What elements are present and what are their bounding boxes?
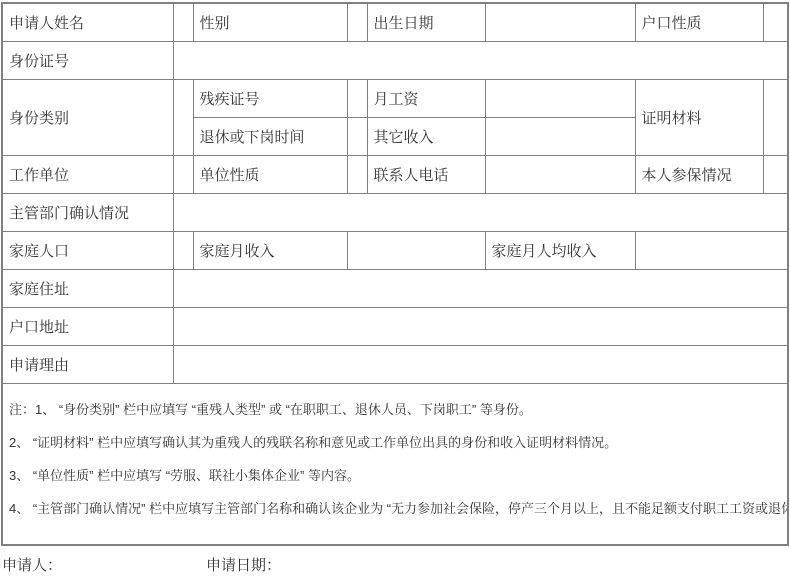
contact-phone-value-cell: [485, 155, 635, 193]
applicant-name-value-cell: [173, 3, 193, 41]
table-row: 申请人姓名 性别 出生日期 户口性质: [2, 3, 788, 41]
supervisor-confirmation-value-cell: [173, 193, 788, 231]
label-hukou-address: 户口地址: [2, 307, 173, 345]
proof-materials-value-cell: [763, 79, 788, 155]
note-1: 注：1、 “身份类别” 栏中应填写 “重残人类型” 或 “在职职工、退休人员、下…: [9, 398, 783, 422]
family-monthly-income-value-cell: [347, 231, 485, 269]
label-unit-nature: 单位性质: [193, 155, 347, 193]
label-disability-cert-no: 残疾证号: [193, 79, 347, 117]
label-family-monthly-income-per-capita: 家庭月人均收入: [485, 231, 635, 269]
label-gender: 性别: [193, 3, 347, 41]
label-hukou-type: 户口性质: [635, 3, 763, 41]
label-work-unit: 工作单位: [2, 155, 173, 193]
table-row: 主管部门确认情况: [2, 193, 788, 231]
disability-cert-no-value-cell: [347, 79, 367, 117]
label-application-reason: 申请理由: [2, 345, 173, 383]
unit-nature-value-cell: [347, 155, 367, 193]
application-form-table: 申请人姓名 性别 出生日期 户口性质 身份证号 身份类别 残疾证号 月工资 证明…: [1, 2, 789, 546]
label-self-insurance-status: 本人参保情况: [635, 155, 763, 193]
application-date-label: 申请日期：: [206, 554, 281, 575]
table-row: 身份类别 残疾证号 月工资 证明材料: [2, 79, 788, 117]
label-id-number: 身份证号: [2, 41, 173, 79]
family-size-value-cell: [173, 231, 193, 269]
notes-cell: 注：1、 “身份类别” 栏中应填写 “重残人类型” 或 “在职职工、退休人员、下…: [2, 383, 788, 545]
label-family-size: 家庭人口: [2, 231, 173, 269]
other-income-value-cell: [485, 117, 635, 155]
table-row: 家庭人口 家庭月收入 家庭月人均收入: [2, 231, 788, 269]
table-row: 家庭住址: [2, 269, 788, 307]
table-row: 身份证号: [2, 41, 788, 79]
retire-or-layoff-time-value-cell: [347, 117, 367, 155]
label-monthly-wage: 月工资: [367, 79, 485, 117]
note-2: 2、 “证明材料” 栏中应填写确认其为重残人的残联名称和意见或工作单位出具的身份…: [9, 431, 783, 455]
label-identity-category: 身份类别: [2, 79, 173, 155]
id-number-value-cell: [173, 41, 788, 79]
signature-footer: 申请人： 申请日期：: [0, 554, 790, 578]
label-family-monthly-income: 家庭月收入: [193, 231, 347, 269]
label-supervisor-confirmation: 主管部门确认情况: [2, 193, 173, 231]
monthly-wage-value-cell: [485, 79, 635, 117]
work-unit-value-cell: [173, 155, 193, 193]
label-home-address: 家庭住址: [2, 269, 173, 307]
table-row: 申请理由: [2, 345, 788, 383]
label-retire-or-layoff-time: 退休或下岗时间: [193, 117, 347, 155]
label-other-income: 其它收入: [367, 117, 485, 155]
application-reason-value-cell: [173, 345, 788, 383]
note-4: 4、 “主管部门确认情况” 栏中应填写主管部门名称和确认该企业为 “无力参加社会…: [9, 497, 783, 521]
note-3: 3、 “单位性质” 栏中应填写 “劳服、联社小集体企业” 等内容。: [9, 464, 783, 488]
home-address-value-cell: [173, 269, 788, 307]
self-insurance-status-value-cell: [763, 155, 788, 193]
hukou-address-value-cell: [173, 307, 788, 345]
label-contact-phone: 联系人电话: [367, 155, 485, 193]
applicant-signature-label: 申请人：: [2, 554, 62, 575]
identity-category-value-cell: [173, 79, 193, 155]
birth-date-value-cell: [485, 3, 635, 41]
application-form-page: 申请人姓名 性别 出生日期 户口性质 身份证号 身份类别 残疾证号 月工资 证明…: [0, 0, 790, 581]
label-proof-materials: 证明材料: [635, 79, 763, 155]
label-birth-date: 出生日期: [367, 3, 485, 41]
label-applicant-name: 申请人姓名: [2, 3, 173, 41]
family-monthly-income-per-capita-value-cell: [635, 231, 788, 269]
table-row-notes: 注：1、 “身份类别” 栏中应填写 “重残人类型” 或 “在职职工、退休人员、下…: [2, 383, 788, 545]
gender-value-cell: [347, 3, 367, 41]
hukou-type-value-cell: [763, 3, 788, 41]
table-row: 户口地址: [2, 307, 788, 345]
table-row: 工作单位 单位性质 联系人电话 本人参保情况: [2, 155, 788, 193]
